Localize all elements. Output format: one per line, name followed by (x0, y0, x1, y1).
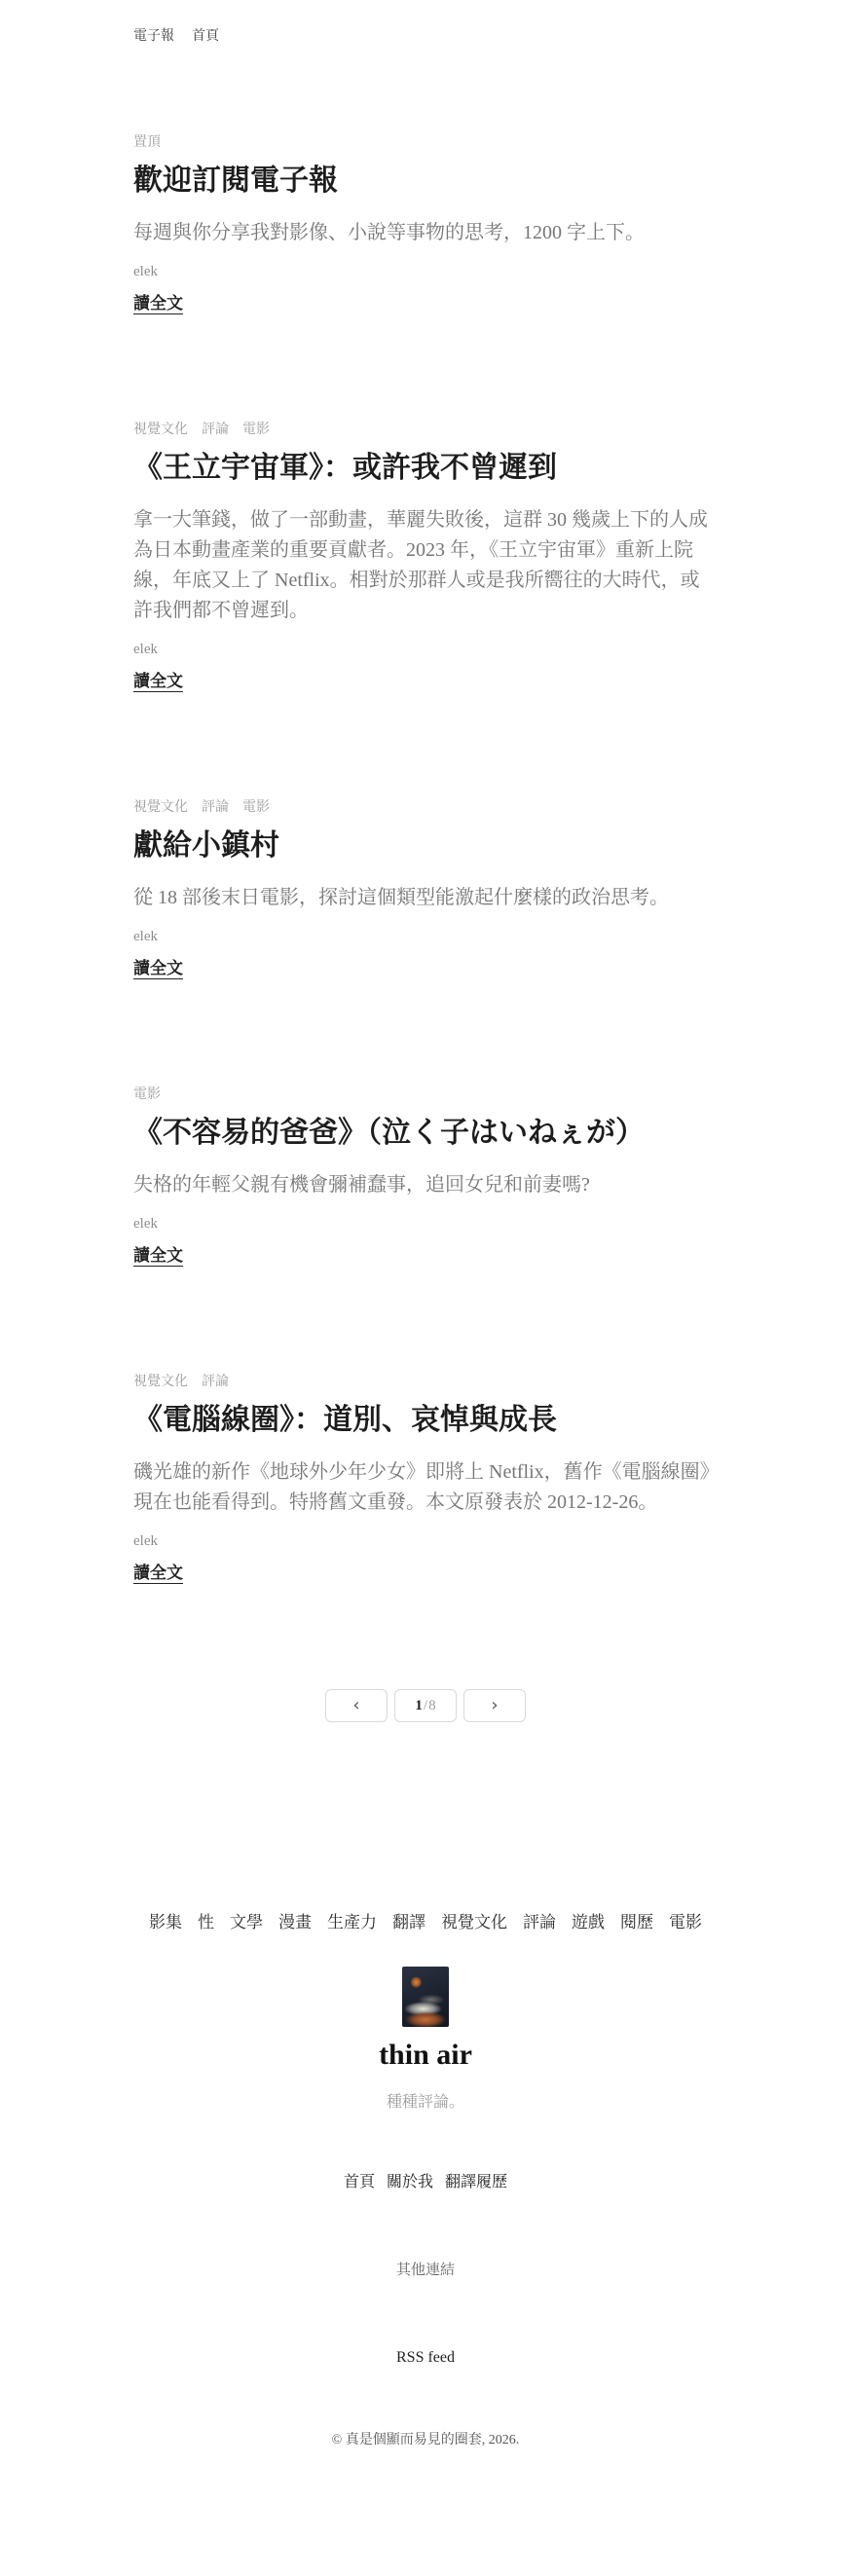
article-title-link[interactable]: 《不容易的爸爸》（泣く子はいねぇが） (133, 1117, 645, 1149)
article-title-link[interactable]: 《電腦線圈》：道別、哀悼與成長 (133, 1404, 557, 1436)
article-author: elek (133, 261, 718, 282)
article-tag-link[interactable]: 視覺文化 (133, 423, 188, 437)
footer-tag-link[interactable]: 漫畫 (278, 1913, 312, 1932)
chevron-right-icon: › (491, 1697, 498, 1714)
article-description: 每週與你分享我對影像、小說等事物的思考，1200 字上下。 (133, 218, 718, 248)
article-tag-link[interactable]: 評論 (202, 1375, 229, 1389)
article-card: 視覺文化評論電影獻給小鎮村從 18 部後末日電影，探討這個類型能激起什麼樣的政治… (133, 797, 718, 981)
footer-tag-link[interactable]: 電影 (669, 1913, 702, 1932)
article-list: 置頂歡迎訂閱電子報每週與你分享我對影像、小說等事物的思考，1200 字上下。el… (133, 132, 718, 1586)
article-title: 《王立宇宙軍》：或許我不曾遲到 (133, 447, 718, 490)
other-links-heading: 其他連結 (0, 2259, 851, 2282)
article-title-link[interactable]: 獻給小鎮村 (133, 829, 279, 862)
site-logo-image[interactable] (402, 1967, 449, 2027)
article-tags: 電影 (133, 1085, 718, 1105)
article-tag-link[interactable]: 視覺文化 (133, 1375, 188, 1389)
article-title: 《電腦線圈》：道別、哀悼與成長 (133, 1399, 718, 1442)
article-tag-link[interactable]: 電影 (242, 800, 270, 815)
footer-tag-link[interactable]: 性 (198, 1913, 214, 1932)
current-page-number: 1 (415, 1698, 423, 1714)
site-footer: 影集性文學漫畫生產力翻譯視覺文化評論遊戲閱歷電影 thin air 種種評論。 … (0, 1909, 851, 2451)
article-tag-link[interactable]: 視覺文化 (133, 800, 188, 815)
article-author: elek (133, 926, 718, 947)
article-card: 視覺文化評論電影《王立宇宙軍》：或許我不曾遲到拿一大筆錢，做了一部動畫，華麗失敗… (133, 420, 718, 694)
footer-tag-link[interactable]: 生產力 (327, 1913, 377, 1932)
footer-tag-link[interactable]: 翻譯 (392, 1913, 425, 1932)
article-description: 從 18 部後末日電影，探討這個類型能激起什麼樣的政治思考。 (133, 883, 718, 913)
read-more-link[interactable]: 讀全文 (133, 291, 183, 316)
page-separator: / (424, 1698, 427, 1714)
article-description: 磯光雄的新作《地球外少年少女》即將上 Netflix，舊作《電腦線圈》現在也能看… (133, 1457, 718, 1518)
footer-nav: 首頁關於我翻譯履歷 (0, 2171, 851, 2194)
read-more-link[interactable]: 讀全文 (133, 1561, 183, 1586)
read-more-link[interactable]: 讀全文 (133, 669, 183, 694)
pagination-next-button[interactable]: › (463, 1689, 526, 1722)
article-description: 拿一大筆錢，做了一部動畫，華麗失敗後，這群 30 幾歲上下的人成為日本動畫產業的… (133, 505, 718, 626)
footer-nav-link-2[interactable]: 翻譯履歷 (445, 2174, 507, 2190)
article-author: elek (133, 1213, 718, 1234)
site-tagline: 種種評論。 (0, 2091, 851, 2115)
footer-nav-link-0[interactable]: 首頁 (344, 2174, 375, 2190)
pagination-prev-button[interactable]: ‹ (325, 1689, 388, 1722)
pagination: ‹ 1/8 › (133, 1689, 718, 1722)
article-tag-link[interactable]: 電影 (242, 423, 270, 437)
read-more-link[interactable]: 讀全文 (133, 956, 183, 981)
footer-nav-link-1[interactable]: 關於我 (387, 2174, 433, 2190)
footer-tag-link[interactable]: 文學 (230, 1913, 263, 1932)
article-title-link[interactable]: 歡迎訂閱電子報 (133, 165, 338, 197)
top-nav-links: 電子報首頁 (133, 25, 718, 45)
footer-tag-list: 影集性文學漫畫生產力翻譯視覺文化評論遊戲閱歷電影 (0, 1909, 851, 1937)
footer-tag-link[interactable]: 視覺文化 (441, 1913, 507, 1932)
footer-tag-link[interactable]: 影集 (149, 1913, 182, 1932)
article-tags: 視覺文化評論電影 (133, 797, 718, 818)
pagination-page-indicator: 1/8 (394, 1689, 457, 1722)
article-author: elek (133, 1530, 718, 1552)
read-more-link[interactable]: 讀全文 (133, 1243, 183, 1269)
total-pages: 8 (428, 1698, 436, 1714)
article-tags: 置頂 (133, 132, 718, 153)
footer-tag-link[interactable]: 閱歷 (620, 1913, 653, 1932)
article-tag-link[interactable]: 評論 (202, 800, 229, 815)
article-card: 電影《不容易的爸爸》（泣く子はいねぇが）失格的年輕父親有機會彌補蠢事，追回女兒和… (133, 1085, 718, 1269)
chevron-left-icon: ‹ (352, 1697, 359, 1714)
article-description: 失格的年輕父親有機會彌補蠢事，追回女兒和前妻嗎? (133, 1170, 718, 1200)
footer-tag-link[interactable]: 評論 (523, 1913, 556, 1932)
article-title: 《不容易的爸爸》（泣く子はいねぇが） (133, 1112, 718, 1155)
article-tag-link[interactable]: 電影 (133, 1087, 161, 1102)
article-title: 獻給小鎮村 (133, 825, 718, 867)
article-tag-link[interactable]: 置頂 (133, 135, 161, 150)
article-tags: 視覺文化評論 (133, 1372, 718, 1392)
article-title: 歡迎訂閱電子報 (133, 160, 718, 202)
top-nav-link-0[interactable]: 電子報 (133, 29, 174, 44)
copyright-notice: © 真是個顯而易見的圈套, 2026. (0, 2430, 851, 2451)
top-nav: 電子報首頁 (133, 25, 718, 45)
top-nav-link-1[interactable]: 首頁 (192, 29, 219, 44)
page: 電子報首頁 置頂歡迎訂閱電子報每週與你分享我對影像、小說等事物的思考，1200 … (0, 0, 851, 2576)
article-author: elek (133, 639, 718, 660)
article-card: 置頂歡迎訂閱電子報每週與你分享我對影像、小說等事物的思考，1200 字上下。el… (133, 132, 718, 316)
site-title[interactable]: thin air (0, 2035, 851, 2076)
footer-tag-link[interactable]: 遊戲 (572, 1913, 605, 1932)
rss-row: RSS feed (0, 2346, 851, 2370)
article-tags: 視覺文化評論電影 (133, 420, 718, 440)
article-card: 視覺文化評論《電腦線圈》：道別、哀悼與成長磯光雄的新作《地球外少年少女》即將上 … (133, 1372, 718, 1586)
rss-feed-link[interactable]: RSS feed (396, 2346, 455, 2370)
article-tag-link[interactable]: 評論 (202, 423, 229, 437)
article-title-link[interactable]: 《王立宇宙軍》：或許我不曾遲到 (133, 452, 557, 484)
